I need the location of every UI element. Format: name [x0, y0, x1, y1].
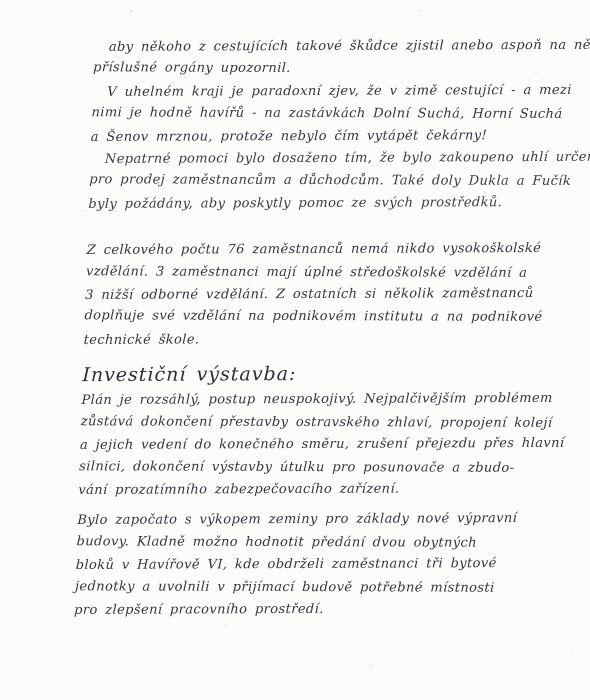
- handwritten-line: a jejich vedení do konečného směru, zruš…: [80, 433, 517, 457]
- handwritten-line: 3 nižší odborné vzdělání. Z ostatních si…: [85, 283, 522, 307]
- handwritten-line: Z celkového počtu 76 zaměstnanců nemá ni…: [86, 238, 523, 262]
- paragraph-coal-region: V uhelném kraji je paradoxní zjev, že v …: [90, 81, 528, 148]
- handwritten-line: Nepatrné pomoci bylo dosaženo tím, že by…: [90, 147, 527, 171]
- paragraph-construction-plan: Plán je rozsáhlý, postup neuspokojivý. N…: [78, 389, 518, 501]
- handwritten-line: Bylo započato s výkopem zeminy pro zákla…: [77, 508, 514, 532]
- paragraph-coal-help: Nepatrné pomoci bylo dosaženo tím, že by…: [88, 148, 526, 215]
- handwritten-line: Plán je rozsáhlý, postup neuspokojivý. N…: [81, 388, 518, 412]
- paragraph-continuation: aby někoho z cestujících takové škůdce z…: [93, 36, 531, 81]
- section-heading-investment-construction: Investiční výstavba:: [82, 360, 519, 388]
- handwritten-line: pro prodej zaměstnancům a důchodcům. Tak…: [89, 170, 526, 194]
- handwritten-line: byly požádány, aby poskytly pomoc ze svý…: [88, 192, 525, 216]
- handwritten-line: zůstává dokončení přestavby ostravského …: [80, 411, 517, 435]
- handwritten-line: budovy. Kladně možno hodnotit předání dv…: [76, 531, 513, 555]
- handwritten-line: jednotky a uvolnili v přijímací budově p…: [75, 576, 512, 600]
- handwritten-line: pro zlepšení pracovního prostředí.: [74, 598, 511, 622]
- small-gap: [83, 351, 519, 359]
- scanner-noise-specks: [130, 10, 132, 12]
- handwritten-line: aby někoho z cestujících takové škůdce z…: [93, 35, 530, 59]
- handwritten-line: vzdělání. 3 zaměstnanci mají úplné střed…: [86, 261, 523, 285]
- handwritten-line: silnici, dokončení výstavby útulku pro p…: [79, 456, 516, 480]
- handwritten-line: doplňuje své vzdělání na podnikovém inst…: [84, 306, 521, 330]
- handwritten-line: V uhelném kraji je paradoxní zjev, že v …: [92, 80, 529, 104]
- handwritten-line: technické škole.: [83, 328, 520, 352]
- blank-line-gap: [87, 215, 524, 239]
- paragraph-employees-education: Z celkového počtu 76 zaměstnanců nemá ni…: [83, 239, 523, 351]
- handwritten-manuscript: aby někoho z cestujících takové škůdce z…: [74, 36, 530, 621]
- scanned-page-background: aby někoho z cestujících takové škůdce z…: [0, 0, 590, 700]
- handwritten-line: a Šenov mrznou, protože nebylo čím vytáp…: [90, 125, 527, 149]
- handwritten-line: příslušné orgány upozornil.: [93, 58, 530, 82]
- handwritten-line: bloků v Havířově VI, kde obdrželi zaměst…: [75, 553, 512, 577]
- handwritten-line: vání prozatímního zabezpečovacího zaříze…: [78, 478, 515, 502]
- paragraph-excavation-housing: Bylo započato s výkopem zeminy pro zákla…: [74, 509, 514, 621]
- handwritten-line: nimi je hodně havířů - na zastávkách Dol…: [91, 102, 528, 126]
